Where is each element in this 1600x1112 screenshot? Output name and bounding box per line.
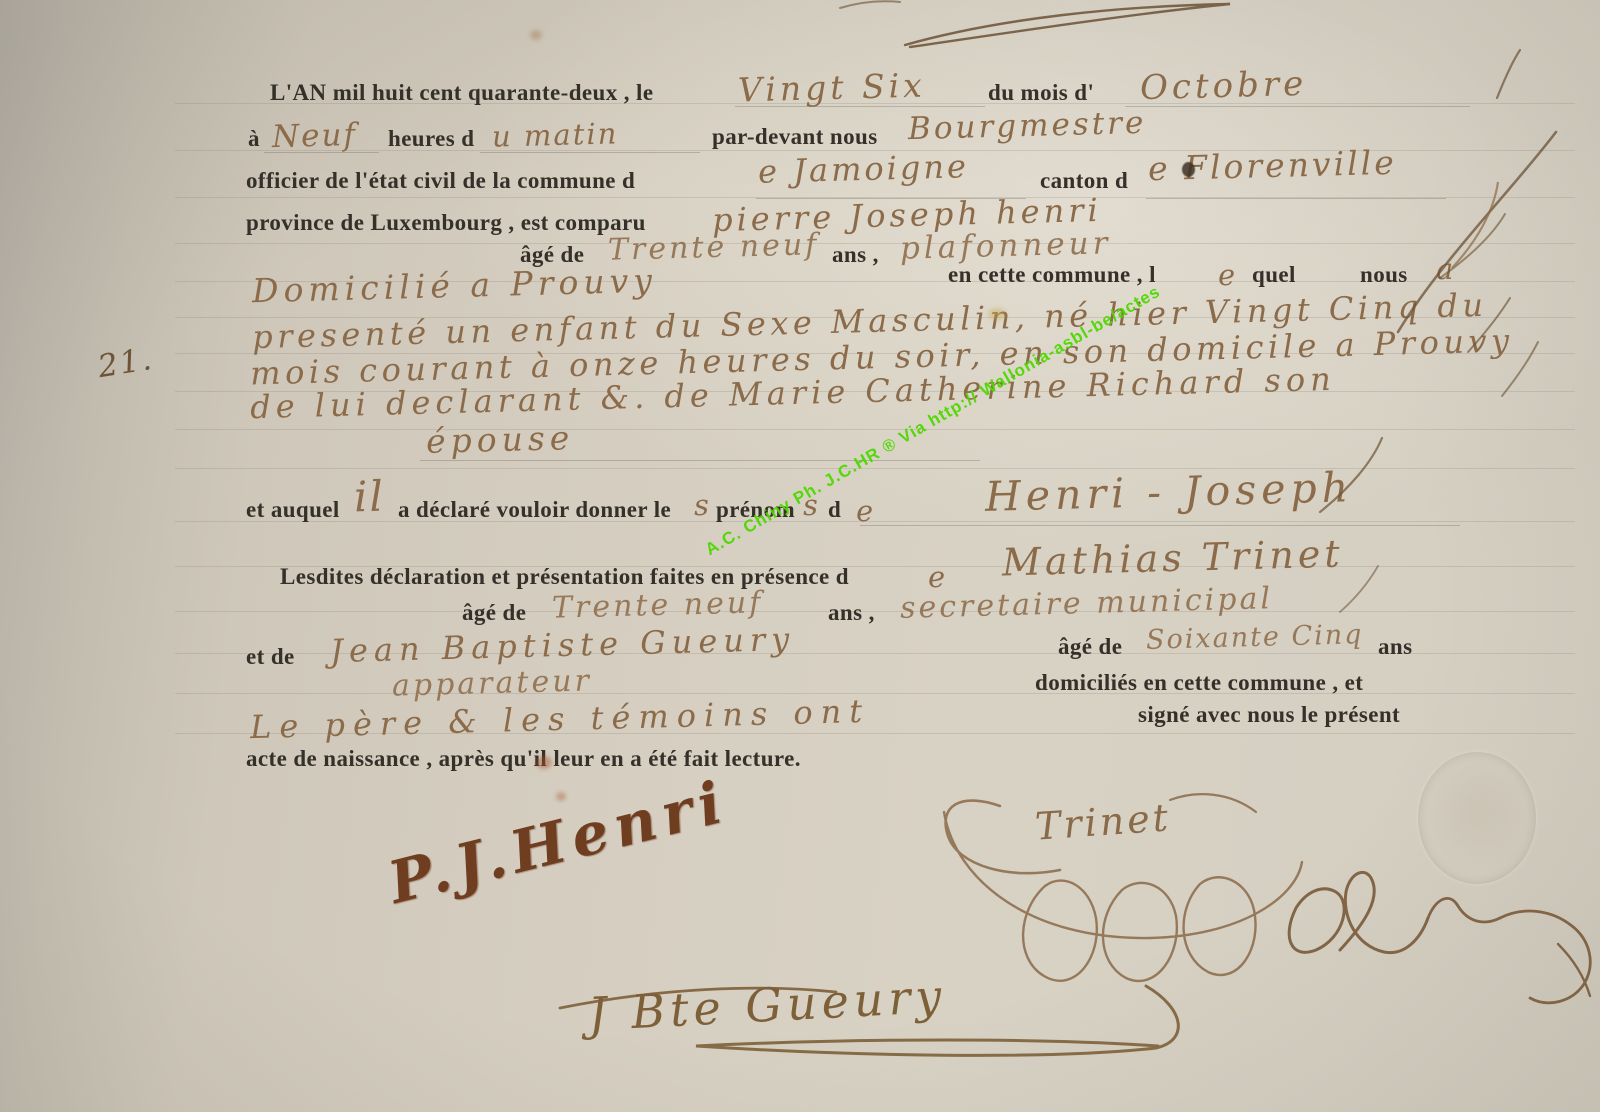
hand-commune-entry: e Jamoigne bbox=[758, 147, 970, 191]
entry-baseline bbox=[860, 525, 1460, 526]
act-number: 21. bbox=[96, 341, 156, 385]
printed-province-text: province de Luxembourg , est comparu bbox=[246, 210, 646, 236]
stain bbox=[988, 308, 1006, 320]
hand-il-entry: il bbox=[353, 472, 385, 522]
signature-witness1: Trinet bbox=[1034, 795, 1173, 848]
printed-pardevant-text: par-devant nous bbox=[712, 124, 878, 150]
hand-profession3-entry: apparateur bbox=[392, 663, 593, 703]
printed-month-text: du mois d' bbox=[988, 80, 1094, 106]
ruled-line bbox=[175, 611, 1575, 612]
printed-nous-text: nous bbox=[1360, 262, 1408, 288]
printed-age2-text: âgé de bbox=[462, 600, 526, 626]
ruled-line bbox=[175, 693, 1575, 694]
printed-ans-text: ans , bbox=[832, 242, 879, 268]
hand-epouse-entry: épouse bbox=[426, 418, 575, 461]
printed-cettecommune-text: en cette commune , l bbox=[948, 262, 1156, 288]
printed-declare-text: a déclaré vouloir donner le bbox=[398, 497, 671, 523]
hand-witness1-name: Mathias Trinet bbox=[1001, 532, 1344, 585]
entry-baseline bbox=[1146, 198, 1446, 199]
printed-ans3-text: ans bbox=[1378, 634, 1412, 660]
birth-record-page: 21. L'AN mil huit cent quarante-deux , l… bbox=[0, 0, 1600, 1112]
printed-signe-text: signé avec nous le présent bbox=[1138, 702, 1400, 728]
stain bbox=[556, 792, 566, 801]
hand-age2-entry: Trente neuf bbox=[552, 585, 764, 626]
stain bbox=[536, 756, 552, 769]
hand-officer-entry: Bourgmestre bbox=[908, 105, 1147, 147]
hand-domicile-entry: Domicilié a Prouvy bbox=[252, 261, 658, 311]
hand-profession2-entry: secretaire municipal bbox=[900, 581, 1274, 626]
hand-s1-entry: s bbox=[694, 488, 712, 522]
printed-domicilies-text: domiciliés en cette commune , et bbox=[1035, 670, 1363, 696]
hand-e-entry: e bbox=[1218, 258, 1238, 292]
hand-child-names: Henri - Joseph bbox=[984, 463, 1353, 521]
printed-quel-text: quel bbox=[1252, 262, 1296, 288]
printed-ans2-text: ans , bbox=[828, 600, 875, 626]
hand-hour-entry: Neuf bbox=[272, 117, 358, 155]
printed-etde-text: et de bbox=[246, 644, 295, 670]
hand-witness2-name: Jean Baptiste Gueury bbox=[330, 620, 796, 670]
signature-witness2: J Bte Gueury bbox=[587, 969, 948, 1042]
printed-year-text: L'AN mil huit cent quarante-deux , le bbox=[270, 80, 653, 106]
hand-day-entry: Vingt Six bbox=[738, 66, 927, 110]
ruled-line bbox=[175, 468, 1575, 469]
ink-blot bbox=[1182, 162, 1195, 177]
ruled-line bbox=[175, 429, 1575, 430]
printed-a-text: à bbox=[248, 126, 260, 152]
printed-heures-text: heures d bbox=[388, 126, 475, 152]
signature-father: P.J.Henri bbox=[382, 767, 735, 917]
hand-profession-entry: plafonneur bbox=[900, 225, 1112, 267]
hand-pere-temoins-note: Le père & les témoins ont bbox=[250, 692, 871, 746]
hand-age3-entry: Soixante Cinq bbox=[1146, 619, 1364, 656]
printed-etauquel-text: et auquel bbox=[246, 497, 340, 523]
printed-age3-text: âgé de bbox=[1058, 634, 1122, 660]
printed-presence-text: Lesdites déclaration et présentation fai… bbox=[280, 564, 849, 590]
hand-period-entry: u matin bbox=[492, 116, 619, 153]
stain bbox=[530, 30, 542, 40]
printed-d-text: d bbox=[828, 497, 841, 523]
hand-a-entry: a bbox=[1436, 252, 1456, 286]
hand-month-entry: Octobre bbox=[1140, 64, 1308, 108]
embossed-seal bbox=[1418, 752, 1536, 884]
printed-canton-text: canton d bbox=[1040, 168, 1128, 194]
entry-baseline bbox=[420, 460, 980, 461]
printed-commune-text: officier de l'état civil de la commune d bbox=[246, 168, 635, 194]
hand-e2-entry: e bbox=[856, 494, 876, 528]
